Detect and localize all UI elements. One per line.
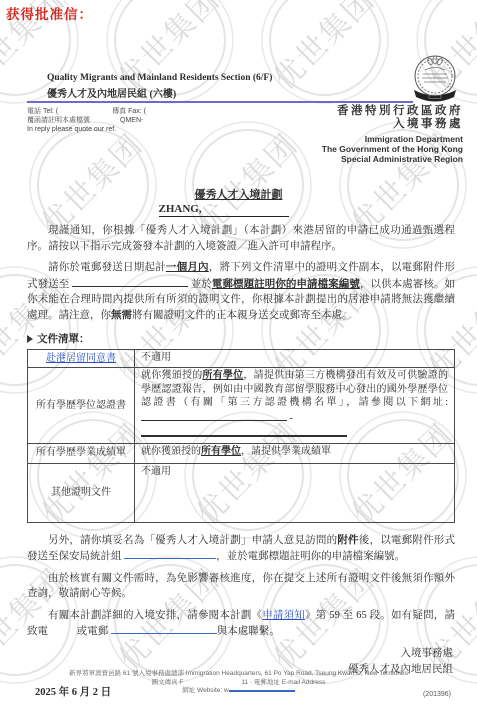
footer-fax: 圖文傳真 F [152,679,184,686]
table-row: 所有學歷學業成績單 就你獲頒授的所有學位，請提供學業成績單 [28,443,455,463]
footer-address: 新界將軍澳寶邑路 61 號入境事務處總部 Immigration Headqua… [0,670,477,679]
subject-line-emphasis: 電郵標題註明你的申請檔案編號 [212,279,360,290]
arrow-bullet-icon [27,335,33,343]
row-label: 其他證明文件 [28,463,135,522]
gov-title-en-2: The Government of the Hong Kong [322,144,463,154]
security-bureau-email-blank [124,548,216,559]
gov-title-zh-2: 入境事務處 [322,118,463,131]
document-checklist-table: 赴港居留同意書 不適用 所有學歷學位認證書 就你獲頒授的所有學位，請提供由第三方… [27,349,455,523]
document-code: (201396) [423,691,451,698]
fax-label: 傳真 Fax: ( [112,108,146,115]
tel-label: 電話 Tel: ( [27,108,58,115]
deadline-emphasis: 一個月內 [166,262,209,273]
section-title-en: Quality Migrants and Mainland Residents … [47,73,272,83]
email-address-blank [72,276,188,287]
paragraph-2: 請你於電郵發送日期起計一個月內，將下列文件清單中的證明文件副本，以電郵附件形式發… [27,260,455,323]
table-row: 所有學歷學位認證書 就你獲頒授的所有學位，請提供由第三方機構發出有效及可供驗證的… [28,368,455,444]
immigration-crest-icon [410,54,460,111]
row-label: 所有學歷學業成績單 [28,443,135,463]
approval-letter-page: 优世集团优世集团优世集团优世集团优世集团优世集团优世集团优世集团优世集团优世集团… [0,0,477,711]
paragraph-3: 另外，請你填妥名為「優秀人才入境計劃」申請人意見訪問的附件後，以電郵附件形式發送… [27,533,455,565]
government-block: 香港特別行政區政府 入境事務處 Immigration Department T… [322,105,463,164]
residence-consent-link[interactable]: 赴港居留同意書 [46,353,116,364]
paragraph-1: 現謹通知，你根據「優秀人才入境計劃」（本計劃）來港居留的申請已成功通過甄選程序。… [27,223,455,254]
row-label: 所有學歷學位認證書 [28,368,135,444]
ref-note-zh: 覆函請註明本處檔號 [27,117,90,124]
row-content: 不適用 [135,350,455,368]
row-content: 就你獲頒授的所有學位，請提供學業成績單 [135,443,455,463]
subject-title: 優秀人才入境計劃 [159,186,319,202]
signature-dept: 入境事務處 [0,646,453,662]
attachment-emphasis: 附件 [337,535,358,546]
table-row: 赴港居留同意書 不適用 [28,350,455,368]
paragraph-5: 有關本計劃詳細的入境安排，請參閱本計劃《申請須知》第 59 至 65 段。如有疑… [27,608,455,640]
ref-note-en: In reply please quote our ref. [27,125,146,134]
all-degrees-emphasis: 所有學位 [201,446,241,457]
gov-title-en-3: Special Administrative Region [322,154,463,164]
table-row: 其他證明文件 不適用 [28,463,455,522]
gov-title-en-1: Immigration Department [322,134,463,144]
row-content: 就你獲頒授的所有學位，請提供由第三方機構發出有效及可供驗證的學歷認證報告，例如由… [135,368,455,444]
website-link[interactable] [229,687,295,692]
addressee-line: ZHANG, [159,203,289,217]
row-content: 不適用 [135,463,455,522]
section-title-zh: 優秀人才及內地居民組 (六樓) [47,85,176,100]
all-degrees-emphasis: 所有學位 [202,370,243,381]
paragraph-4: 由於核實有關文件需時，為免影響審核進度，你在提交上述所有證明文件後無須作額外查詢… [27,571,455,602]
gov-title-zh-1: 香港特別行政區政府 [322,105,463,118]
application-guide-link[interactable]: 申請須知 [262,610,305,621]
svg-text:优世集团: 优世集团 [267,0,382,97]
contact-block: 電話 Tel: (傳真 Fax: ( 覆函請註明本處檔號QMEN- In rep… [27,107,146,134]
ref-code: QMEN- [120,117,143,124]
letterhead-divider [27,101,413,103]
url-blank-1 [141,410,287,421]
url-blank-2 [141,425,347,437]
footer-website-label: 網址 Website: w [182,687,228,694]
checklist-heading: 文件清單： [27,331,477,346]
approval-note: 获得批准信： [6,3,93,23]
subject-block: 優秀人才入境計劃 ZHANG, [159,186,319,217]
footer-email: 11 · 電郵地址 E-mail Address [241,679,325,686]
footer-block: 新界將軍澳寶邑路 61 號入境事務處總部 Immigration Headqua… [0,670,477,696]
addressee-name: ZHANG, [159,203,202,215]
contact-email-blank [111,623,217,634]
no-need-emphasis: 無需 [111,310,132,321]
